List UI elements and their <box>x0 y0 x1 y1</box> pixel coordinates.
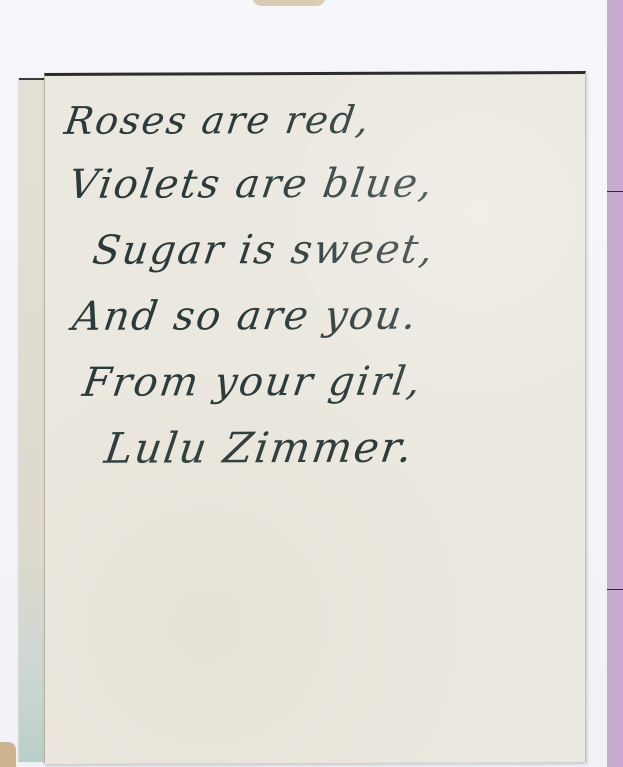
paper-scrap-top <box>252 0 326 6</box>
signature-line: From your girl, <box>78 348 587 416</box>
poem-line: And so are you. <box>68 282 587 350</box>
signature-name: Lulu Zimmer. <box>100 414 587 482</box>
purple-edge-strip <box>607 0 623 767</box>
strip-mark <box>607 589 623 590</box>
strip-mark <box>607 191 623 192</box>
handwritten-poem: Roses are red, Violets are blue, Sugar i… <box>63 88 583 482</box>
poem-line: Sugar is sweet, <box>88 216 587 284</box>
poem-line: Violets are blue, <box>64 150 587 218</box>
handwritten-card: Roses are red, Violets are blue, Sugar i… <box>44 71 586 764</box>
poem-line: Roses are red, <box>61 88 588 152</box>
paper-scrap-corner <box>0 742 16 767</box>
